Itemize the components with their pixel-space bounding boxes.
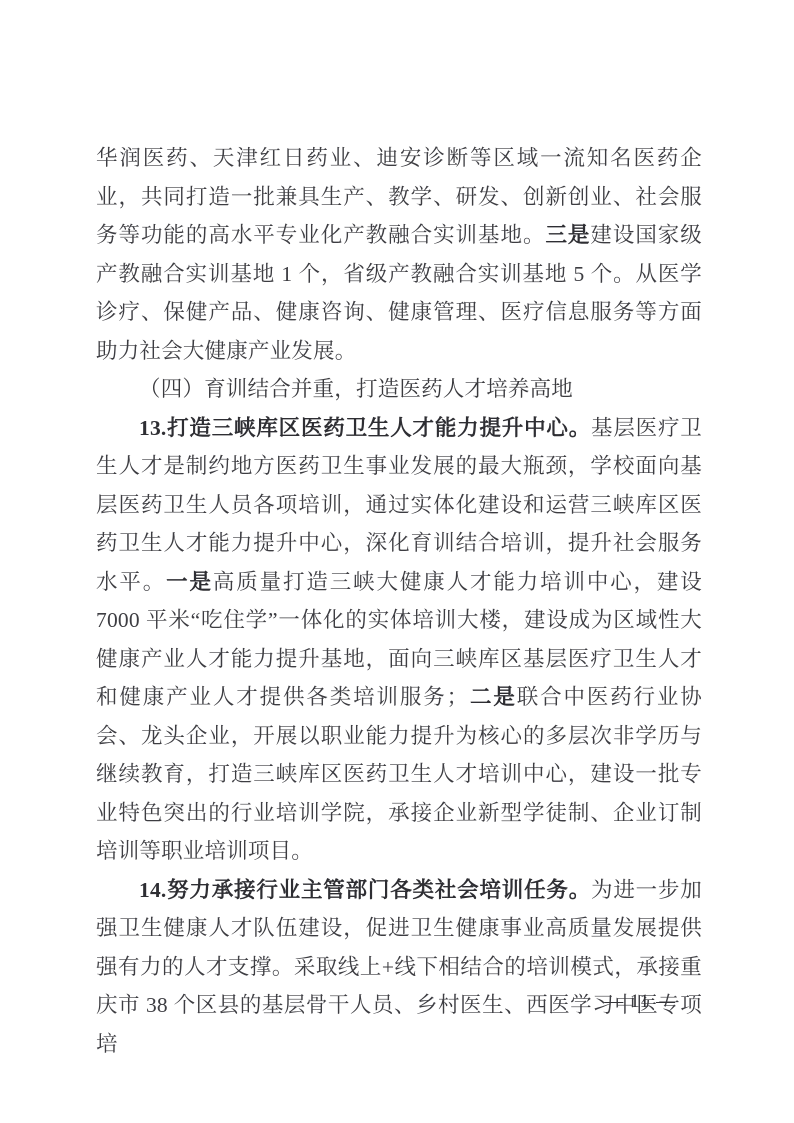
text-segment-bold: 二是 (468, 685, 516, 709)
text-segment: 联合中医药行业协会、龙头企业，开展以职业能力提升为核心的多层次非学历与继续教育，… (96, 685, 702, 863)
text-segment-bold: 一是 (166, 570, 213, 594)
paragraph-body-continuation: 华润医药、天津红日药业、迪安诊断等区域一流知名医药企业，共同打造一批兼具生产、教… (96, 139, 702, 370)
text-segment: 基层医疗卫生人才是制约地方医药卫生事业发展的最大瓶颈，学校面向基层医药卫生人员各… (96, 416, 702, 594)
text-segment-bold: 三是 (545, 223, 590, 247)
page-number: — 11 — (604, 990, 676, 1014)
document-page: 华润医药、天津红日药业、迪安诊断等区域一流知名医药企业，共同打造一批兼具生产、教… (0, 0, 794, 1123)
text-segment: （四）育训结合并重，打造医药人才培养高地 (139, 377, 573, 401)
text-segment-bold: 13.打造三峡库区医药卫生人才能力提升中心。 (139, 416, 591, 440)
text-segment-bold: 14.努力承接行业主管部门各类社会培训任务。 (139, 878, 591, 902)
paragraph-body: 13.打造三峡库区医药卫生人才能力提升中心。基层医疗卫生人才是制约地方医药卫生事… (96, 409, 702, 871)
paragraph-body: 14.努力承接行业主管部门各类社会培训任务。为进一步加强卫生健康人才队伍建设，促… (96, 871, 702, 1064)
document-body-text: 华润医药、天津红日药业、迪安诊断等区域一流知名医药企业，共同打造一批兼具生产、教… (96, 139, 702, 1063)
paragraph-section-heading: （四）育训结合并重，打造医药人才培养高地 (96, 370, 702, 409)
text-segment: 为进一步加强卫生健康人才队伍建设，促进卫生健康事业高质量发展提供强有力的人才支撑… (96, 878, 702, 1056)
